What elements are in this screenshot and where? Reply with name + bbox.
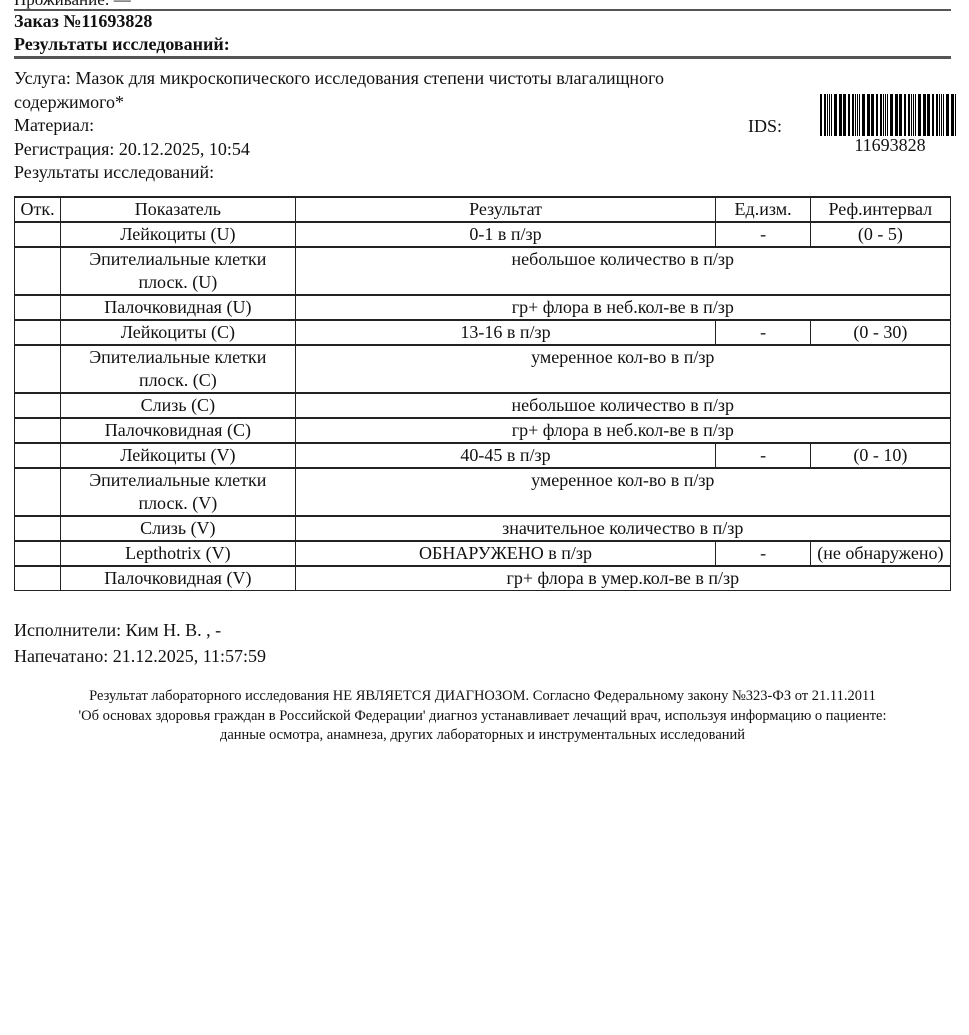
material: Материал: bbox=[14, 114, 774, 138]
col-header-flag: Отк. bbox=[15, 197, 61, 222]
indicator-cell: Эпителиальные клетки плоск. (V) bbox=[61, 468, 296, 516]
table-row: Лейкоциты (U)0-1 в п/зр-(0 - 5) bbox=[15, 222, 951, 247]
results-table: Отк. Показатель Результат Ед.изм. Реф.ин… bbox=[14, 196, 951, 591]
col-header-ref: Реф.интервал bbox=[810, 197, 950, 222]
disclaimer-line: Результат лабораторного исследования НЕ … bbox=[14, 687, 951, 707]
result-cell: гр+ флора в неб.кол-ве в п/зр bbox=[295, 295, 950, 320]
indicator-cell: Эпителиальные клетки плоск. (U) bbox=[61, 247, 296, 295]
result-cell: 40-45 в п/зр bbox=[295, 443, 716, 468]
indicator-cell: Слизь (V) bbox=[61, 516, 296, 541]
flag-cell bbox=[15, 468, 61, 516]
table-row: Лейкоциты (V)40-45 в п/зр-(0 - 10) bbox=[15, 443, 951, 468]
flag-cell bbox=[15, 320, 61, 345]
divider bbox=[14, 56, 951, 59]
registration: Регистрация: 20.12.2025, 10:54 bbox=[14, 138, 774, 162]
result-cell: 13-16 в п/зр bbox=[295, 320, 716, 345]
flag-cell bbox=[15, 443, 61, 468]
indicator-cell: Эпителиальные клетки плоск. (C) bbox=[61, 345, 296, 393]
table-row: Лейкоциты (C)13-16 в п/зр-(0 - 30) bbox=[15, 320, 951, 345]
table-row: Эпителиальные клетки плоск. (C)умеренное… bbox=[15, 345, 951, 393]
col-header-unit: Ед.изм. bbox=[716, 197, 810, 222]
result-cell: умеренное кол-во в п/зр bbox=[295, 345, 950, 393]
order-number: Заказ №11693828 bbox=[14, 10, 152, 32]
result-cell: 0-1 в п/зр bbox=[295, 222, 716, 247]
table-row: Lepthotrix (V)ОБНАРУЖЕНО в п/зр-(не обна… bbox=[15, 541, 951, 566]
flag-cell bbox=[15, 566, 61, 591]
unit-cell: - bbox=[716, 541, 810, 566]
flag-cell bbox=[15, 345, 61, 393]
disclaimer-line: 'Об основах здоровья граждан в Российско… bbox=[14, 707, 951, 727]
ref-cell: (0 - 5) bbox=[810, 222, 950, 247]
ids-label: IDS: bbox=[748, 116, 782, 137]
indicator-cell: Лейкоциты (V) bbox=[61, 443, 296, 468]
col-header-result: Результат bbox=[295, 197, 716, 222]
indicator-cell: Палочковидная (C) bbox=[61, 418, 296, 443]
flag-cell bbox=[15, 516, 61, 541]
indicator-cell: Слизь (C) bbox=[61, 393, 296, 418]
table-row: Слизь (C)небольшое количество в п/зр bbox=[15, 393, 951, 418]
unit-cell: - bbox=[716, 320, 810, 345]
table-row: Слизь (V)значительное количество в п/зр bbox=[15, 516, 951, 541]
result-cell: гр+ флора в неб.кол-ве в п/зр bbox=[295, 418, 950, 443]
performers: Исполнители: Ким Н. В. , - bbox=[14, 620, 221, 641]
indicator-cell: Лейкоциты (C) bbox=[61, 320, 296, 345]
section-title: Результаты исследований: bbox=[14, 33, 230, 55]
flag-cell bbox=[15, 247, 61, 295]
ref-cell: (0 - 30) bbox=[810, 320, 950, 345]
barcode-number: 11693828 bbox=[820, 135, 960, 156]
flag-cell bbox=[15, 393, 61, 418]
table-row: Эпителиальные клетки плоск. (V)умеренное… bbox=[15, 468, 951, 516]
result-cell: ОБНАРУЖЕНО в п/зр bbox=[295, 541, 716, 566]
result-cell: умеренное кол-во в п/зр bbox=[295, 468, 950, 516]
ref-cell: (0 - 10) bbox=[810, 443, 950, 468]
flag-cell bbox=[15, 295, 61, 320]
result-cell: гр+ флора в умер.кол-ве в п/зр bbox=[295, 566, 950, 591]
result-cell: значительное количество в п/зр bbox=[295, 516, 950, 541]
order-info: Услуга: Мазок для микроскопического иссл… bbox=[14, 67, 774, 185]
table-row: Эпителиальные клетки плоск. (U)небольшое… bbox=[15, 247, 951, 295]
barcode bbox=[820, 94, 956, 136]
flag-cell bbox=[15, 222, 61, 247]
unit-cell: - bbox=[716, 443, 810, 468]
indicator-cell: Lepthotrix (V) bbox=[61, 541, 296, 566]
flag-cell bbox=[15, 418, 61, 443]
col-header-indicator: Показатель bbox=[61, 197, 296, 222]
disclaimer-line: данные осмотра, анамнеза, других лаборат… bbox=[14, 726, 951, 746]
unit-cell: - bbox=[716, 222, 810, 247]
table-row: Палочковидная (V)гр+ флора в умер.кол-ве… bbox=[15, 566, 951, 591]
service-line: Услуга: Мазок для микроскопического иссл… bbox=[14, 67, 774, 91]
indicator-cell: Палочковидная (U) bbox=[61, 295, 296, 320]
disclaimer: Результат лабораторного исследования НЕ … bbox=[14, 687, 951, 746]
divider bbox=[14, 9, 951, 11]
printed-at: Напечатано: 21.12.2025, 11:57:59 bbox=[14, 646, 266, 667]
indicator-cell: Лейкоциты (U) bbox=[61, 222, 296, 247]
table-row: Палочковидная (C)гр+ флора в неб.кол-ве … bbox=[15, 418, 951, 443]
indicator-cell: Палочковидная (V) bbox=[61, 566, 296, 591]
ref-cell: (не обнаружено) bbox=[810, 541, 950, 566]
table-header-row: Отк. Показатель Результат Ед.изм. Реф.ин… bbox=[15, 197, 951, 222]
residence-line: Проживание: — bbox=[14, 0, 131, 9]
result-cell: небольшое количество в п/зр bbox=[295, 393, 950, 418]
table-row: Палочковидная (U)гр+ флора в неб.кол-ве … bbox=[15, 295, 951, 320]
flag-cell bbox=[15, 541, 61, 566]
results-label: Результаты исследований: bbox=[14, 161, 774, 185]
service-line-cont: содержимого* bbox=[14, 91, 774, 115]
result-cell: небольшое количество в п/зр bbox=[295, 247, 950, 295]
